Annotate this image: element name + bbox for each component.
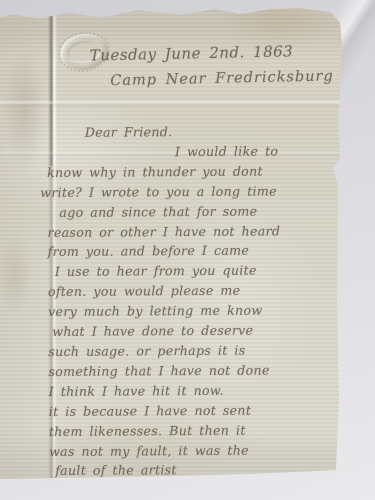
letter-line: something that I have not done xyxy=(48,360,334,382)
letter-line: ago and since that for some xyxy=(59,201,333,223)
letter-line: I think I have hit it now. xyxy=(49,380,335,402)
letter-line: them likenesses. But then it xyxy=(49,420,335,442)
letter-body: Dear Friend. I would like to know why in… xyxy=(47,121,335,481)
letter-line: from you. and before I came xyxy=(48,240,334,262)
letter-line: I use to hear from you quite xyxy=(55,260,334,282)
letter-paper: Tuesday June 2nd. 1863 Camp Near Fredric… xyxy=(0,0,342,500)
letter-line: it is because I have not sent xyxy=(49,400,335,422)
letter-header: Tuesday June 2nd. 1863 Camp Near Fredric… xyxy=(89,37,330,94)
letter-line: write? I wrote to you a long time xyxy=(40,181,333,203)
horizontal-fold-crease xyxy=(0,100,342,107)
letter-line: fault of the artist xyxy=(55,459,335,481)
letter-line: know why in thunder you dont xyxy=(47,161,333,183)
letter-salutation: Dear Friend. xyxy=(47,121,333,143)
letter-line: reason or other I have not heard xyxy=(47,221,333,243)
letter-location-line: Camp Near Fredricksburg xyxy=(90,63,330,94)
folded-page-strip xyxy=(0,0,52,500)
letter-line: was not my fault, it was the xyxy=(49,439,335,461)
letter-line: what I have done to deserve xyxy=(52,320,334,342)
letter-line: I would like to xyxy=(47,141,333,163)
letter-line: very much by letting me know xyxy=(48,300,334,322)
letter-line: such usage. or perhaps it is xyxy=(48,340,334,362)
letter-line: often. you would please me xyxy=(48,280,334,302)
